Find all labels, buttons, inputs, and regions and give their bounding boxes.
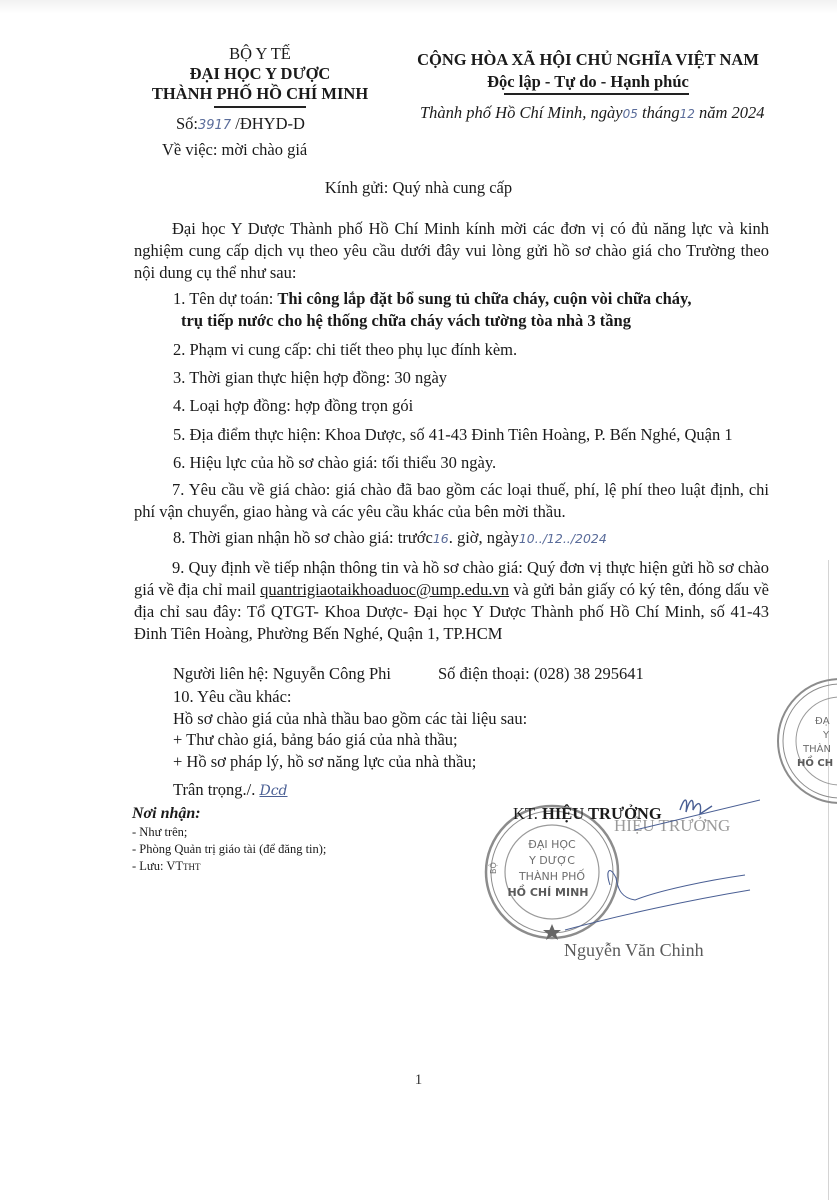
handwritten-signature [560, 790, 760, 950]
svg-text:BỘ: BỘ [487, 862, 498, 874]
handwritten-doc-number: 3917 [198, 118, 231, 133]
closing: Trân trọng./. Dcd [173, 780, 288, 800]
signatory-name: Nguyễn Văn Chinh [564, 940, 704, 961]
svg-text:ĐẠ: ĐẠ [815, 716, 830, 727]
document-number: Số:3917 /ĐHYD-D [176, 114, 305, 134]
university-name-line1: ĐẠI HỌC Y DƯỢC [130, 64, 390, 84]
partial-stamp-edge: ĐẠ Y THÀN HỒ CH [775, 676, 837, 806]
item-2-scope: 2. Phạm vi cung cấp: chi tiết theo phụ l… [173, 340, 517, 360]
contact-phone: Số điện thoại: (028) 38 295641 [438, 664, 644, 684]
handwritten-hour: 16 [433, 531, 449, 546]
item-4-contract-type: 4. Loại hợp đồng: hợp đồng trọn gói [173, 396, 413, 416]
intro-paragraph: Đại học Y Dược Thành phố Hồ Chí Minh kín… [134, 218, 769, 284]
issuer-header: BỘ Y TẾ ĐẠI HỌC Y DƯỢC THÀNH PHỐ HỒ CHÍ … [130, 44, 390, 108]
document-subject: Về việc: mời chào giá [162, 140, 307, 160]
nation-title: CỘNG HÒA XÃ HỘI CHỦ NGHĨA VIỆT NAM [398, 49, 778, 71]
item-10-line2: + Thư chào giá, bảng báo giá của nhà thầ… [173, 729, 527, 751]
item-9-submission-rules: 9. Quy định về tiếp nhận thông tin và hồ… [134, 557, 769, 645]
recipients-title: Nơi nhận: [132, 804, 326, 824]
page-edge-line [828, 560, 829, 1200]
recipient-3: - Lưu: VTTHT [132, 858, 326, 876]
item-3-duration: 3. Thời gian thực hiện hợp đồng: 30 ngày [173, 368, 447, 388]
svg-text:Y: Y [822, 730, 830, 741]
issuer-underline [214, 106, 306, 108]
greeting: Kính gửi: Quý nhà cung cấp [0, 178, 837, 198]
item-8-deadline: 8. Thời gian nhận hồ sơ chào giá: trước1… [173, 528, 607, 548]
ministry-name: BỘ Y TẾ [130, 44, 390, 64]
handwritten-month: 12 [680, 107, 695, 121]
item-6-validity: 6. Hiệu lực của hồ sơ chào giá: tối thiể… [173, 453, 496, 473]
item-5-location: 5. Địa điểm thực hiện: Khoa Dược, số 41-… [173, 425, 733, 445]
date-line: Thành phố Hồ Chí Minh, ngày05 tháng12 nă… [420, 103, 765, 123]
item-10-title: 10. Yêu cầu khác: [173, 686, 527, 708]
item-7-price-requirements: 7. Yêu cầu về giá chào: giá chào đã bao … [134, 479, 769, 523]
handwritten-day: 05 [623, 107, 638, 121]
item-10-other-requirements: 10. Yêu cầu khác: Hồ sơ chào giá của nhà… [173, 686, 527, 772]
university-name-line2: THÀNH PHỐ HỒ CHÍ MINH [130, 84, 390, 104]
scan-top-shadow [0, 0, 837, 14]
recipient-2: - Phòng Quản trị giáo tài (để đăng tin); [132, 841, 326, 858]
svg-text:HỒ CH: HỒ CH [797, 754, 833, 769]
item-10-line1: Hồ sơ chào giá của nhà thầu bao gồm các … [173, 708, 527, 730]
page-number: 1 [0, 1072, 837, 1089]
project-name-line2: trụ tiếp nước cho hệ thống chữa cháy vác… [181, 311, 631, 330]
item-10-line3: + Hồ sơ pháp lý, hồ sơ năng lực của nhà … [173, 751, 527, 773]
svg-text:THÀN: THÀN [802, 742, 831, 755]
project-name-line1: Thi công lắp đặt bổ sung tủ chữa cháy, c… [277, 289, 691, 308]
national-header: CỘNG HÒA XÃ HỘI CHỦ NGHĨA VIỆT NAM Độc l… [398, 49, 778, 95]
handwritten-initials: Dcd [259, 783, 287, 799]
recipients-block: Nơi nhận: - Như trên; - Phòng Quản trị g… [132, 804, 326, 876]
national-motto: Độc lập - Tự do - Hạnh phúc [398, 71, 778, 93]
handwritten-deadline-date: 10../12../2024 [519, 531, 607, 546]
motto-underline [504, 93, 689, 95]
recipient-1: - Như trên; [132, 824, 326, 841]
contact-person: Người liên hệ: Nguyễn Công Phi [173, 664, 391, 684]
item-1-project-name: 1. Tên dự toán: Thi công lắp đặt bổ sung… [173, 288, 692, 332]
email-link[interactable]: quantrigiaotaikhoaduoc@ump.edu.vn [260, 580, 509, 599]
